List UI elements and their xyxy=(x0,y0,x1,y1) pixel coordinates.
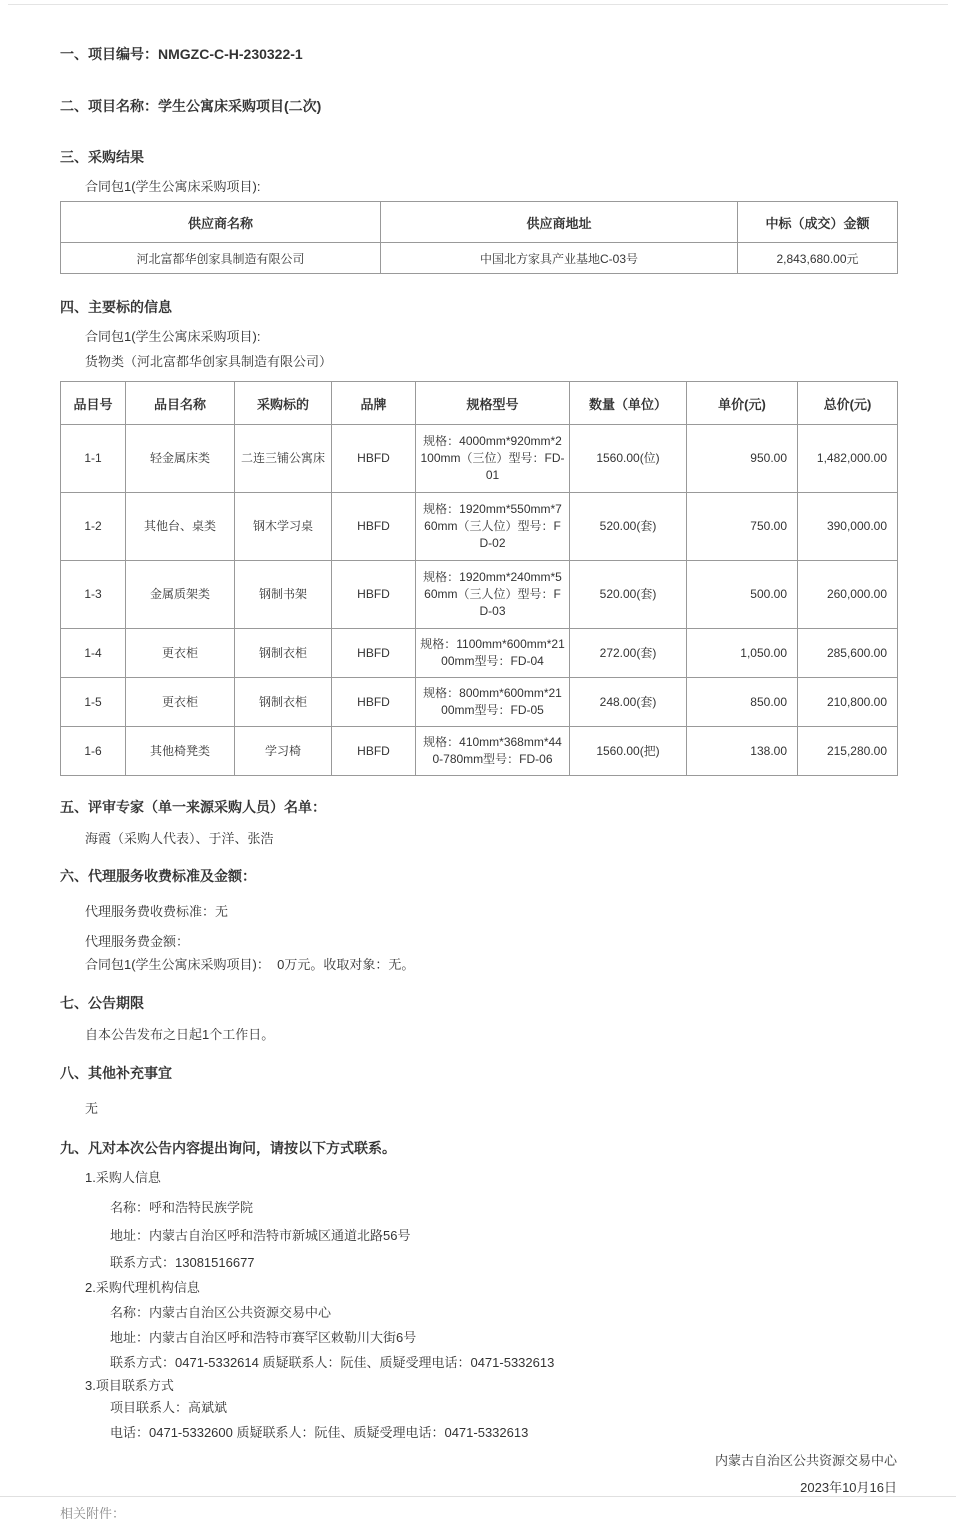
project-name-heading: 二、项目名称：学生公寓床采购项目(二次) xyxy=(60,97,897,115)
result-package-label: 合同包1(学生公寓床采购项目): xyxy=(85,178,897,196)
items-table: 品目号 品目名称 采购标的 品牌 规格型号 数量（单位） 单价(元) 总价(元)… xyxy=(60,381,898,776)
item-qty-cell: 1560.00(把) xyxy=(570,727,687,776)
purchaser-phone: 联系方式：13081516677 xyxy=(110,1254,897,1272)
item-total-cell: 210,800.00 xyxy=(798,678,898,727)
item-name-cell: 其他台、桌类 xyxy=(126,493,235,561)
agency-fee-amount: 合同包1(学生公寓床采购项目)： 0万元。收取对象：无。 xyxy=(85,956,897,974)
item-spec-cell: 规格：410mm*368mm*440-780mm型号：FD-06 xyxy=(416,727,570,776)
item-target-cell: 钢木学习桌 xyxy=(235,493,332,561)
item-spec-cell: 规格：800mm*600mm*2100mm型号：FD-05 xyxy=(416,678,570,727)
items-table-header-row: 品目号 品目名称 采购标的 品牌 规格型号 数量（单位） 单价(元) 总价(元) xyxy=(61,382,898,425)
item-target-cell: 钢制书架 xyxy=(235,561,332,629)
award-amount-header: 中标（成交）金额 xyxy=(738,202,898,243)
item-brand-cell: HBFD xyxy=(332,727,416,776)
item-no-cell: 1-3 xyxy=(61,561,126,629)
item-target-cell: 二连三铺公寓床 xyxy=(235,425,332,493)
item-no-cell: 1-1 xyxy=(61,425,126,493)
other-matters-text: 无 xyxy=(85,1100,897,1118)
item-spec-header: 规格型号 xyxy=(416,382,570,425)
item-brand-cell: HBFD xyxy=(332,678,416,727)
item-qty-cell: 520.00(套) xyxy=(570,561,687,629)
items-table-row: 1-3 金属质架类 钢制书架 HBFD 规格：1920mm*240mm*560m… xyxy=(61,561,898,629)
footer-divider xyxy=(0,1496,956,1497)
item-total-cell: 1,482,000.00 xyxy=(798,425,898,493)
item-unitprice-cell: 1,050.00 xyxy=(687,629,798,678)
item-target-cell: 钢制衣柜 xyxy=(235,629,332,678)
item-unitprice-cell: 138.00 xyxy=(687,727,798,776)
item-no-cell: 1-4 xyxy=(61,629,126,678)
supplier-table-header-row: 供应商名称 供应商地址 中标（成交）金额 xyxy=(61,202,898,243)
experts-heading: 五、评审专家（单一来源采购人员）名单： xyxy=(60,798,897,816)
item-brand-cell: HBFD xyxy=(332,629,416,678)
item-unitprice-header: 单价(元) xyxy=(687,382,798,425)
item-brand-cell: HBFD xyxy=(332,561,416,629)
announcement-document: 一、项目编号：NMGZC-C-H-230322-1 二、项目名称：学生公寓床采购… xyxy=(0,0,956,1442)
related-attachments-label: 相关附件： xyxy=(60,1506,125,1519)
supplier-table-row: 河北富都华创家具制造有限公司 中国北方家具产业基地C-03号 2,843,680… xyxy=(61,243,898,274)
item-name-cell: 轻金属床类 xyxy=(126,425,235,493)
items-table-row: 1-5 更衣柜 钢制衣柜 HBFD 规格：800mm*600mm*2100mm型… xyxy=(61,678,898,727)
item-name-header: 品目名称 xyxy=(126,382,235,425)
item-no-header: 品目号 xyxy=(61,382,126,425)
project-contact-person: 项目联系人：高斌斌 xyxy=(110,1399,897,1417)
item-no-cell: 1-5 xyxy=(61,678,126,727)
item-target-cell: 钢制衣柜 xyxy=(235,678,332,727)
item-qty-cell: 248.00(套) xyxy=(570,678,687,727)
agency-phone: 联系方式：0471-5332614 质疑联系人：阮佳、质疑受理电话：0471-5… xyxy=(110,1354,897,1372)
signature-date: 2023年10月16日 xyxy=(60,1479,897,1497)
item-spec-cell: 规格：1100mm*600mm*2100mm型号：FD-04 xyxy=(416,629,570,678)
item-unitprice-cell: 500.00 xyxy=(687,561,798,629)
item-total-cell: 390,000.00 xyxy=(798,493,898,561)
items-table-row: 1-1 轻金属床类 二连三铺公寓床 HBFD 规格：4000mm*920mm*2… xyxy=(61,425,898,493)
item-total-cell: 215,280.00 xyxy=(798,727,898,776)
item-total-cell: 260,000.00 xyxy=(798,561,898,629)
item-qty-cell: 520.00(套) xyxy=(570,493,687,561)
item-name-cell: 更衣柜 xyxy=(126,629,235,678)
subject-category-label: 货物类（河北富都华创家具制造有限公司） xyxy=(85,353,897,371)
item-no-cell: 1-6 xyxy=(61,727,126,776)
project-number-heading: 一、项目编号：NMGZC-C-H-230322-1 xyxy=(60,45,897,63)
item-total-cell: 285,600.00 xyxy=(798,629,898,678)
item-unitprice-cell: 850.00 xyxy=(687,678,798,727)
items-table-row: 1-6 其他椅凳类 学习椅 HBFD 规格：410mm*368mm*440-78… xyxy=(61,727,898,776)
other-matters-heading: 八、其他补充事宜 xyxy=(60,1064,897,1082)
signature-organization: 内蒙古自治区公共资源交易中心 xyxy=(60,1452,897,1470)
project-contact-phone: 电话：0471-5332600 质疑联系人：阮佳、质疑受理电话：0471-533… xyxy=(110,1424,897,1442)
signature-block: 内蒙古自治区公共资源交易中心 2023年10月16日 xyxy=(60,1452,897,1497)
item-spec-cell: 规格：1920mm*550mm*760mm（三人位）型号：FD-02 xyxy=(416,493,570,561)
item-name-cell: 更衣柜 xyxy=(126,678,235,727)
item-spec-cell: 规格：4000mm*920mm*2100mm（三位）型号：FD-01 xyxy=(416,425,570,493)
item-no-cell: 1-2 xyxy=(61,493,126,561)
item-name-cell: 其他椅凳类 xyxy=(126,727,235,776)
page-top-divider xyxy=(8,4,948,5)
agency-name: 名称：内蒙古自治区公共资源交易中心 xyxy=(110,1304,897,1322)
subject-info-heading: 四、主要标的信息 xyxy=(60,298,897,316)
contact-section-heading: 九、凡对本次公告内容提出询问，请按以下方式联系。 xyxy=(60,1139,897,1157)
item-brand-cell: HBFD xyxy=(332,425,416,493)
item-name-cell: 金属质架类 xyxy=(126,561,235,629)
supplier-name-header: 供应商名称 xyxy=(61,202,381,243)
supplier-name-cell: 河北富都华创家具制造有限公司 xyxy=(61,243,381,274)
item-total-header: 总价(元) xyxy=(798,382,898,425)
item-qty-cell: 272.00(套) xyxy=(570,629,687,678)
supplier-table: 供应商名称 供应商地址 中标（成交）金额 河北富都华创家具制造有限公司 中国北方… xyxy=(60,201,898,274)
experts-names: 海霞（采购人代表）、于洋、张浩 xyxy=(85,830,897,848)
item-target-header: 采购标的 xyxy=(235,382,332,425)
supplier-address-cell: 中国北方家具产业基地C-03号 xyxy=(381,243,738,274)
project-contact-title: 3.项目联系方式 xyxy=(85,1377,897,1395)
agency-info-title: 2.采购代理机构信息 xyxy=(85,1279,897,1297)
purchaser-info-title: 1.采购人信息 xyxy=(85,1169,897,1187)
supplier-address-header: 供应商地址 xyxy=(381,202,738,243)
purchaser-address: 地址：内蒙古自治区呼和浩特市新城区通道北路56号 xyxy=(110,1227,897,1245)
item-spec-cell: 规格：1920mm*240mm*560mm（三人位）型号：FD-03 xyxy=(416,561,570,629)
purchaser-name: 名称：呼和浩特民族学院 xyxy=(110,1199,897,1217)
agency-fee-amount-label: 代理服务费金额： xyxy=(85,933,897,951)
item-qty-cell: 1560.00(位) xyxy=(570,425,687,493)
agency-fee-heading: 六、代理服务收费标准及金额： xyxy=(60,867,897,885)
agency-fee-standard: 代理服务费收费标准：无 xyxy=(85,903,897,921)
item-brand-cell: HBFD xyxy=(332,493,416,561)
item-unitprice-cell: 950.00 xyxy=(687,425,798,493)
announcement-period-heading: 七、公告期限 xyxy=(60,994,897,1012)
procurement-result-heading: 三、采购结果 xyxy=(60,148,897,166)
award-amount-cell: 2,843,680.00元 xyxy=(738,243,898,274)
item-target-cell: 学习椅 xyxy=(235,727,332,776)
agency-address: 地址：内蒙古自治区呼和浩特市赛罕区敕勒川大街6号 xyxy=(110,1329,897,1347)
announcement-period-text: 自本公告发布之日起1个工作日。 xyxy=(85,1026,897,1044)
subject-package-label: 合同包1(学生公寓床采购项目): xyxy=(85,328,897,346)
item-unitprice-cell: 750.00 xyxy=(687,493,798,561)
items-table-row: 1-2 其他台、桌类 钢木学习桌 HBFD 规格：1920mm*550mm*76… xyxy=(61,493,898,561)
item-brand-header: 品牌 xyxy=(332,382,416,425)
item-qty-header: 数量（单位） xyxy=(570,382,687,425)
items-table-row: 1-4 更衣柜 钢制衣柜 HBFD 规格：1100mm*600mm*2100mm… xyxy=(61,629,898,678)
